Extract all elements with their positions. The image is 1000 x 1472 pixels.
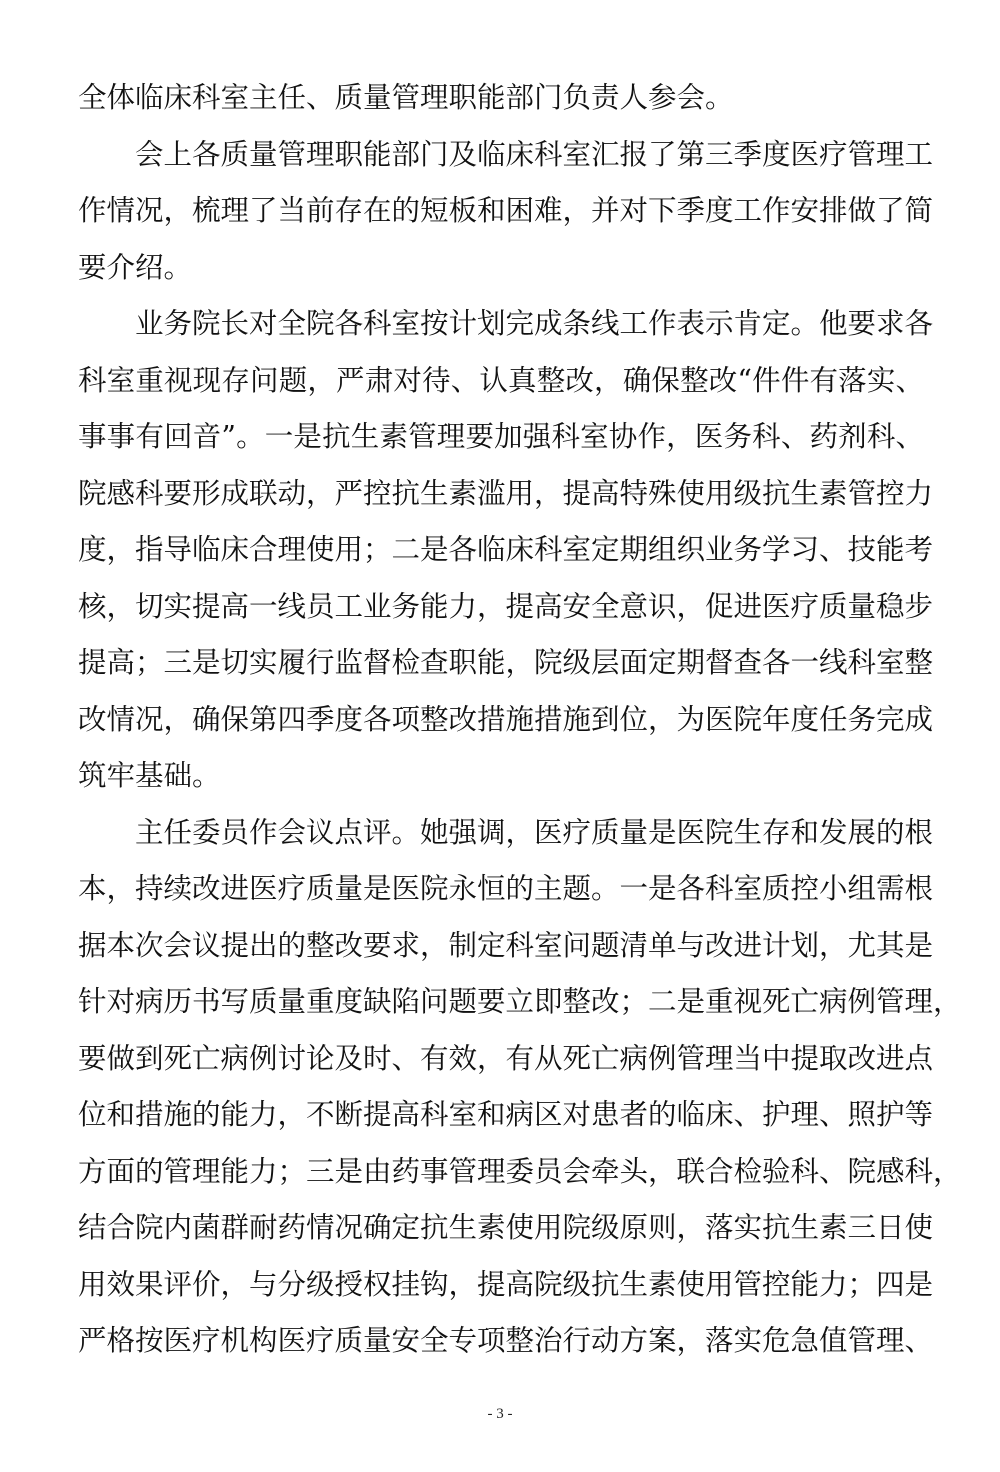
paragraph-4-line-7: 方面的管理能力；三是由药事管理委员会牵头，联合检验科、院感科， — [78, 1155, 924, 1189]
paragraph-3-line-3: 事事有回音”。一是抗生素管理要加强科室协作，医务科、药剂科、 — [78, 420, 924, 454]
paragraph-3-line-4: 院感科要形成联动，严控抗生素滥用，提高特殊使用级抗生素管控力 — [78, 477, 924, 511]
paragraph-3-line-9: 筑牢基础。 — [78, 759, 221, 793]
paragraph-4-line-4: 针对病历书写质量重度缺陷问题要立即整改；二是重视死亡病例管理， — [78, 985, 924, 1019]
paragraph-3-line-1: 业务院长对全院各科室按计划完成条线工作表示肯定。他要求各 — [135, 307, 924, 341]
paragraph-3-line-2: 科室重视现存问题，严肃对待、认真整改，确保整改“件件有落实、 — [78, 364, 924, 398]
paragraph-2-line-2: 作情况，梳理了当前存在的短板和困难，并对下季度工作安排做了简 — [78, 194, 924, 228]
paragraph-3-line-5: 度，指导临床合理使用；二是各临床科室定期组织业务学习、技能考 — [78, 533, 924, 567]
paragraph-4-line-10: 严格按医疗机构医疗质量安全专项整治行动方案，落实危急值管理、 — [78, 1324, 924, 1358]
paragraph-4-line-6: 位和措施的能力，不断提高科室和病区对患者的临床、护理、照护等 — [78, 1098, 924, 1132]
paragraph-3-line-6: 核，切实提高一线员工业务能力，提高安全意识，促进医疗质量稳步 — [78, 590, 924, 624]
paragraph-2-line-3: 要介绍。 — [78, 251, 192, 285]
paragraph-4-line-8: 结合院内菌群耐药情况确定抗生素使用院级原则，落实抗生素三日使 — [78, 1211, 924, 1245]
paragraph-1-line-1: 全体临床科室主任、质量管理职能部门负责人参会。 — [78, 81, 734, 115]
document-page: 全体临床科室主任、质量管理职能部门负责人参会。 会上各质量管理职能部门及临床科室… — [0, 0, 1000, 1472]
paragraph-4-line-5: 要做到死亡病例讨论及时、有效，有从死亡病例管理当中提取改进点 — [78, 1042, 924, 1076]
paragraph-3-line-8: 改情况，确保第四季度各项整改措施措施到位，为医院年度任务完成 — [78, 703, 924, 737]
paragraph-4-line-1: 主任委员作会议点评。她强调，医疗质量是医院生存和发展的根 — [135, 816, 924, 850]
paragraph-4-line-3: 据本次会议提出的整改要求，制定科室问题清单与改进计划，尤其是 — [78, 929, 924, 963]
paragraph-2-line-1: 会上各质量管理职能部门及临床科室汇报了第三季度医疗管理工 — [135, 138, 924, 172]
paragraph-4-line-9: 用效果评价，与分级授权挂钩，提高院级抗生素使用管控能力；四是 — [78, 1268, 924, 1302]
paragraph-3-line-7: 提高；三是切实履行监督检查职能，院级层面定期督查各一线科室整 — [78, 646, 924, 680]
paragraph-4-line-2: 本，持续改进医疗质量是医院永恒的主题。一是各科室质控小组需根 — [78, 872, 924, 906]
page-number: - 3 - — [0, 1405, 1000, 1423]
